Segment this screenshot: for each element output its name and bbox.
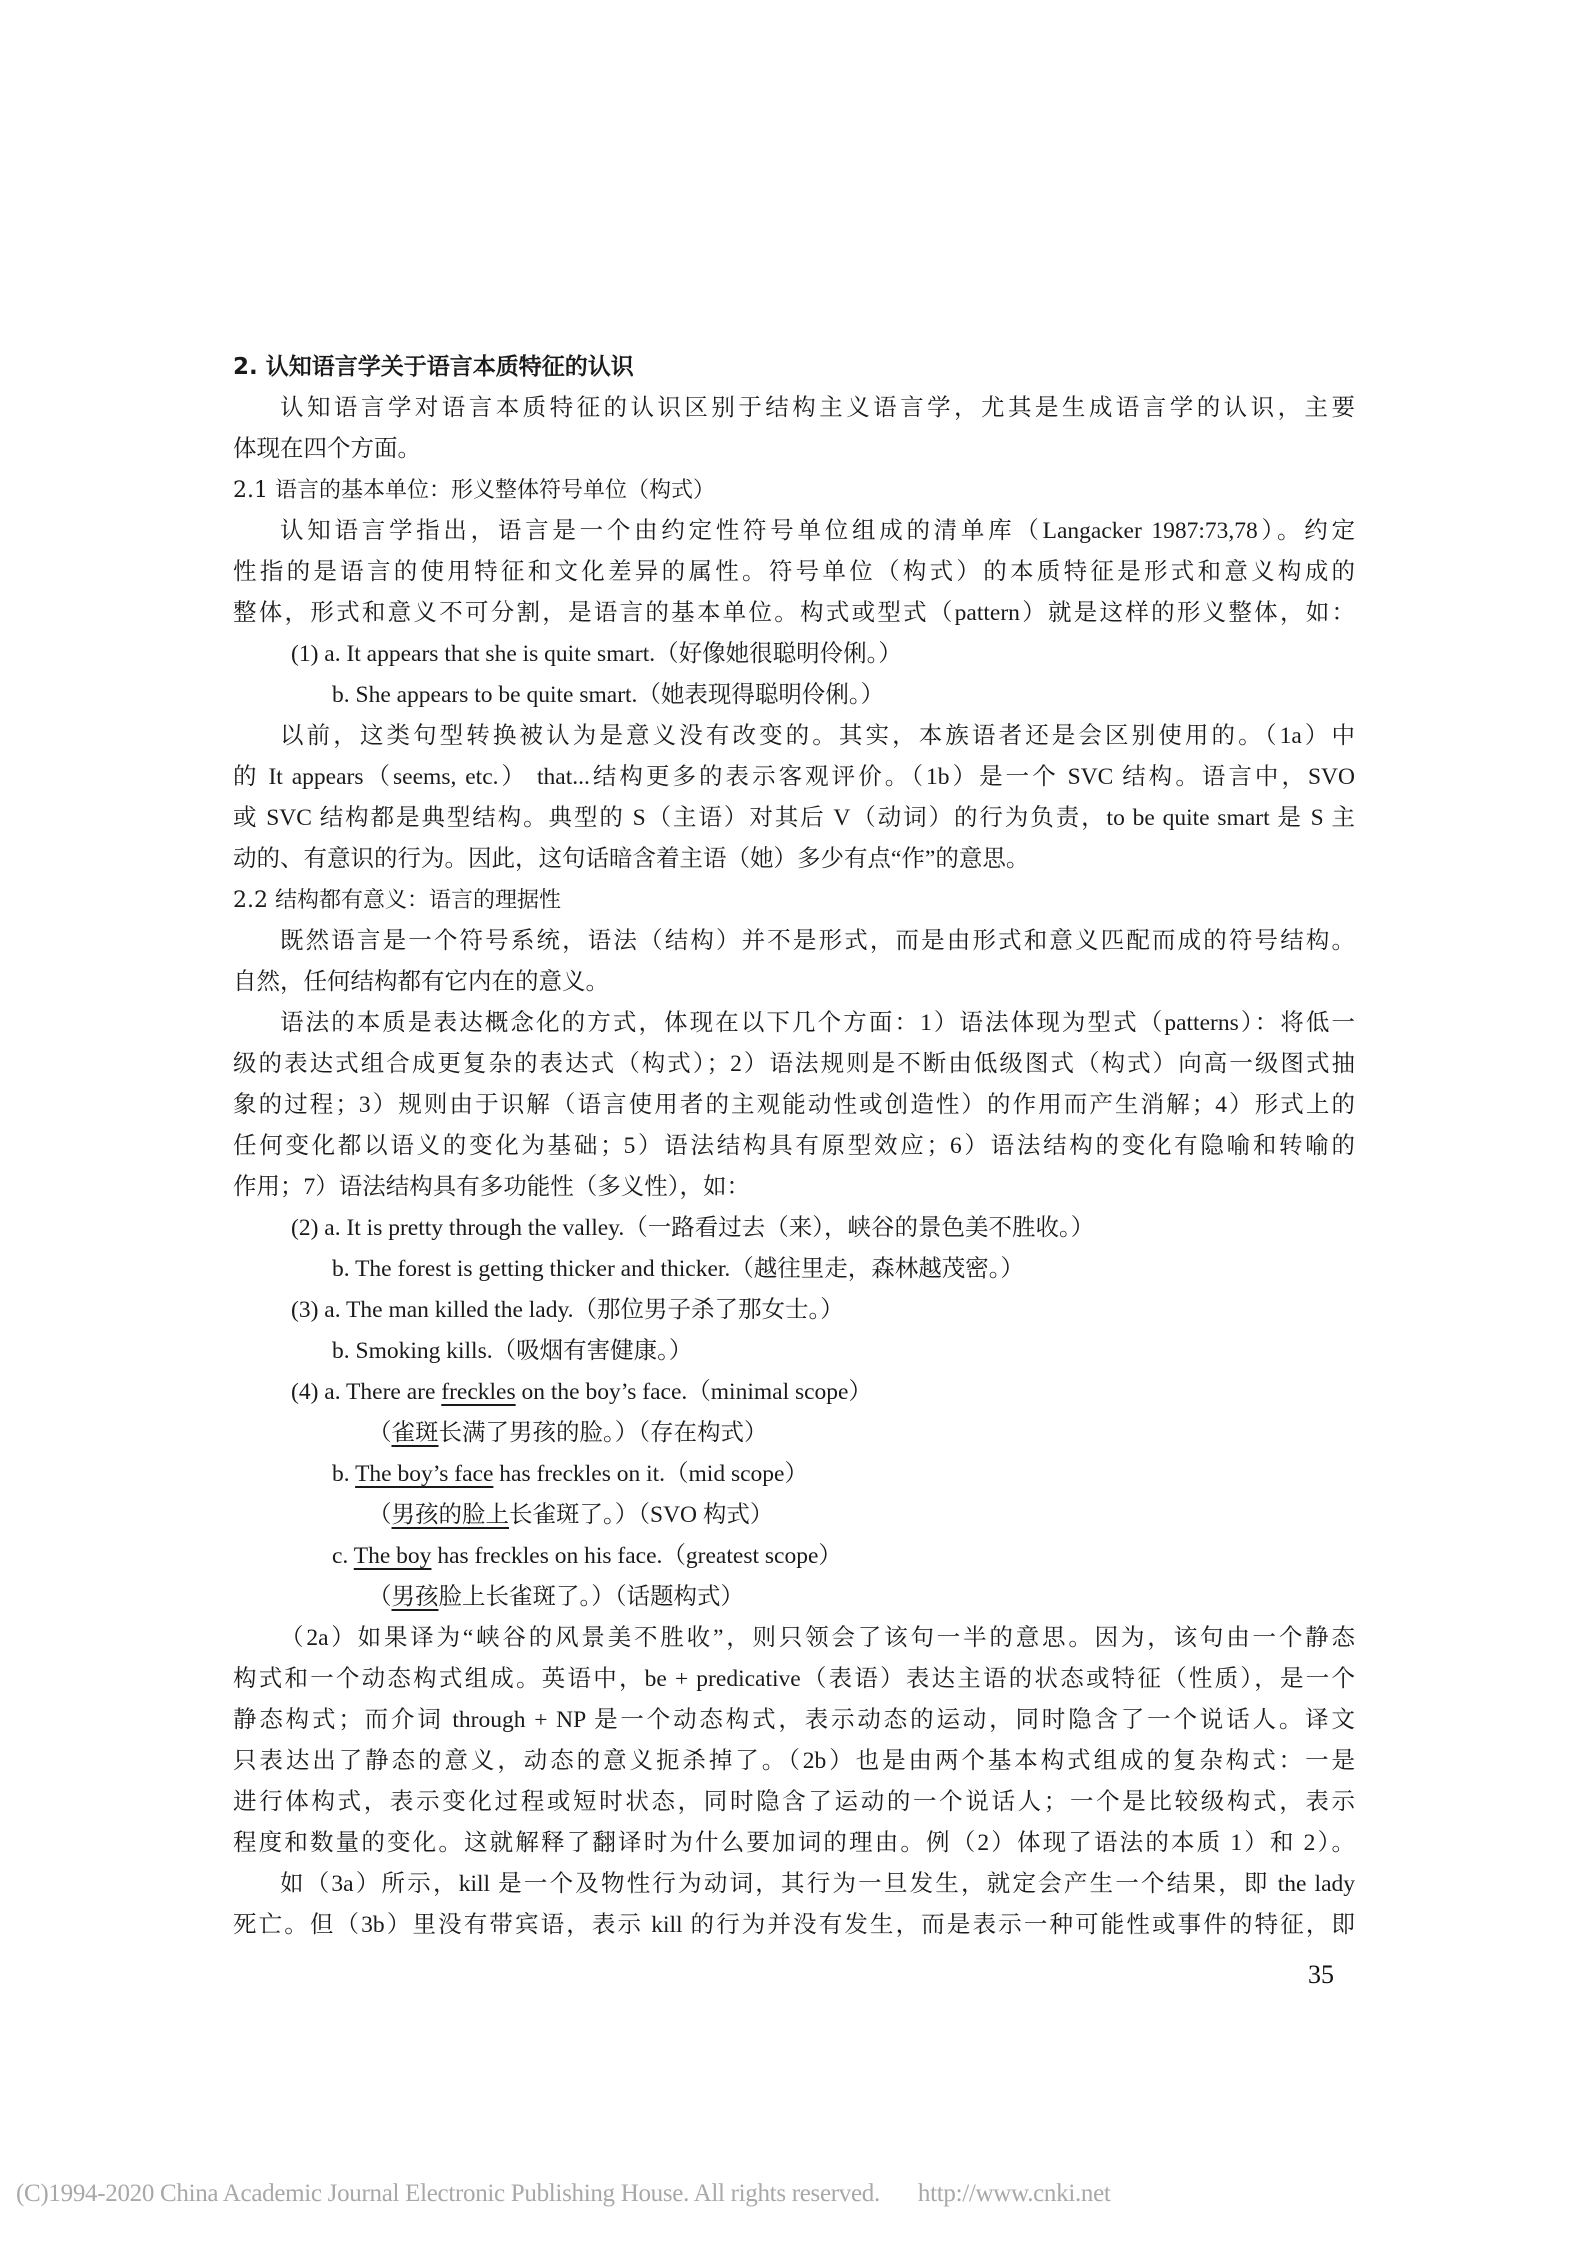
- example-text: 长满了男孩的脸。）（存在构式）: [439, 1420, 768, 1446]
- example-text: （: [368, 1584, 392, 1610]
- paragraph-line: 或 SVC 结构都是典型结构。典型的 S（主语）对其后 V（动词）的行为负责，t…: [233, 798, 1355, 839]
- paragraph-line: 动的、有意识的行为。因此，这句话暗含着主语（她）多少有点“作”的意思。: [233, 839, 1355, 880]
- paragraph-line: 静态构式；而介词 through + NP 是一个动态构式，表示动态的运动，同时…: [233, 1700, 1355, 1741]
- example-text: on the boy’s face.（minimal scope）: [516, 1379, 872, 1405]
- example-text: （: [368, 1502, 392, 1528]
- paragraph-line: 体现在四个方面。: [233, 429, 1355, 470]
- paragraph-line: 的 It appears（seems, etc.） that...结构更多的表示…: [233, 757, 1355, 798]
- underlined-term: 男孩的脸上: [392, 1502, 510, 1528]
- example-line-4a-translation: （雀斑长满了男孩的脸。）（存在构式）: [233, 1413, 1355, 1454]
- paragraph-line: 既然语言是一个符号系统，语法（结构）并不是形式，而是由形式和意义匹配而成的符号结…: [233, 921, 1355, 962]
- subsection-heading: 2.2 结构都有意义：语言的理据性: [233, 880, 1355, 921]
- example-line: (1) a. It appears that she is quite smar…: [233, 634, 1355, 675]
- example-line: b. Smoking kills.（吸烟有害健康。）: [233, 1331, 1355, 1372]
- paragraph-line: 以前，这类句型转换被认为是意义没有改变的。其实，本族语者还是会区别使用的。（1a…: [233, 716, 1355, 757]
- example-text: 长雀斑了。）（SVO 构式）: [509, 1502, 773, 1528]
- example-text: has freckles on it.（mid scope）: [493, 1461, 808, 1487]
- paragraph-line: 死亡。但（3b）里没有带宾语，表示 kill 的行为并没有发生，而是表示一种可能…: [233, 1905, 1355, 1946]
- paragraph-line: 如（3a）所示，kill 是一个及物性行为动词，其行为一旦发生，就定会产生一个结…: [233, 1864, 1355, 1905]
- example-text: has freckles on his face.（greatest scope…: [431, 1543, 841, 1569]
- example-line-4c-translation: （男孩脸上长雀斑了。）（话题构式）: [233, 1577, 1355, 1618]
- paragraph-line: 语法的本质是表达概念化的方式，体现在以下几个方面：1）语法体现为型式（patte…: [233, 1003, 1355, 1044]
- copyright-text: (C)1994-2020 China Academic Journal Elec…: [16, 2180, 880, 2207]
- paragraph-line: 作用；7）语法结构具有多功能性（多义性），如：: [233, 1167, 1355, 1208]
- underlined-term: The boy: [354, 1543, 432, 1569]
- paragraph-line: （2a）如果译为“峡谷的风景美不胜收”，则只领会了该句一半的意思。因为，该句由一…: [233, 1618, 1355, 1659]
- example-line-4a: (4) a. There are freckles on the boy’s f…: [233, 1372, 1355, 1413]
- copyright-notice: (C)1994-2020 China Academic Journal Elec…: [16, 2180, 1111, 2208]
- paragraph-line: 进行体构式，表示变化过程或短时状态，同时隐含了运动的一个说话人；一个是比较级构式…: [233, 1782, 1355, 1823]
- example-line-4c: c. The boy has freckles on his face.（gre…: [233, 1536, 1355, 1577]
- paragraph-line: 认知语言学指出，语言是一个由约定性符号单位组成的清单库（Langacker 19…: [233, 511, 1355, 552]
- cnki-url[interactable]: http://www.cnki.net: [918, 2180, 1111, 2207]
- subsection-heading: 2.1 语言的基本单位：形义整体符号单位（构式）: [233, 470, 1355, 511]
- paragraph-line: 任何变化都以语义的变化为基础；5）语法结构具有原型效应；6）语法结构的变化有隐喻…: [233, 1126, 1355, 1167]
- paragraph-line: 认知语言学对语言本质特征的认识区别于结构主义语言学，尤其是生成语言学的认识，主要: [233, 388, 1355, 429]
- example-line: (2) a. It is pretty through the valley.（…: [233, 1208, 1355, 1249]
- page-body: 2. 认知语言学关于语言本质特征的认识 认知语言学对语言本质特征的认识区别于结构…: [233, 347, 1355, 1946]
- underlined-term: The boy’s face: [355, 1461, 493, 1487]
- paragraph-line: 级的表达式组合成更复杂的表达式（构式）；2）语法规则是不断由低级图式（构式）向高…: [233, 1044, 1355, 1085]
- example-text: b.: [332, 1461, 355, 1487]
- paragraph-line: 自然，任何结构都有它内在的意义。: [233, 962, 1355, 1003]
- example-line: (3) a. The man killed the lady.（那位男子杀了那女…: [233, 1290, 1355, 1331]
- example-line-4b-translation: （男孩的脸上长雀斑了。）（SVO 构式）: [233, 1495, 1355, 1536]
- paragraph-line: 程度和数量的变化。这就解释了翻译时为什么要加词的理由。例（2）体现了语法的本质 …: [233, 1823, 1355, 1864]
- paragraph-line: 性指的是语言的使用特征和文化差异的属性。符号单位（构式）的本质特征是形式和意义构…: [233, 552, 1355, 593]
- paragraph-line: 整体，形式和意义不可分割，是语言的基本单位。构式或型式（pattern）就是这样…: [233, 593, 1355, 634]
- example-line: b. The forest is getting thicker and thi…: [233, 1249, 1355, 1290]
- underlined-term: 男孩: [392, 1584, 439, 1610]
- example-text: c.: [332, 1543, 354, 1569]
- underlined-term: 雀斑: [392, 1420, 439, 1446]
- example-text: （: [368, 1420, 392, 1446]
- page-number: 35: [1308, 1960, 1334, 1990]
- example-text: (4) a. There are: [291, 1379, 441, 1405]
- paragraph-line: 构式和一个动态构式组成。英语中，be + predicative（表语）表达主语…: [233, 1659, 1355, 1700]
- example-text: 脸上长雀斑了。）（话题构式）: [439, 1584, 745, 1610]
- document-page: 2. 认知语言学关于语言本质特征的认识 认知语言学对语言本质特征的认识区别于结构…: [0, 0, 1587, 2245]
- paragraph-line: 只表达出了静态的意义，动态的意义扼杀掉了。（2b）也是由两个基本构式组成的复杂构…: [233, 1741, 1355, 1782]
- section-heading: 2. 认知语言学关于语言本质特征的认识: [233, 347, 1355, 388]
- paragraph-line: 象的过程；3）规则由于识解（语言使用者的主观能动性或创造性）的作用而产生消解；4…: [233, 1085, 1355, 1126]
- underlined-term: freckles: [441, 1379, 515, 1405]
- example-line-4b: b. The boy’s face has freckles on it.（mi…: [233, 1454, 1355, 1495]
- example-line: b. She appears to be quite smart.（她表现得聪明…: [233, 675, 1355, 716]
